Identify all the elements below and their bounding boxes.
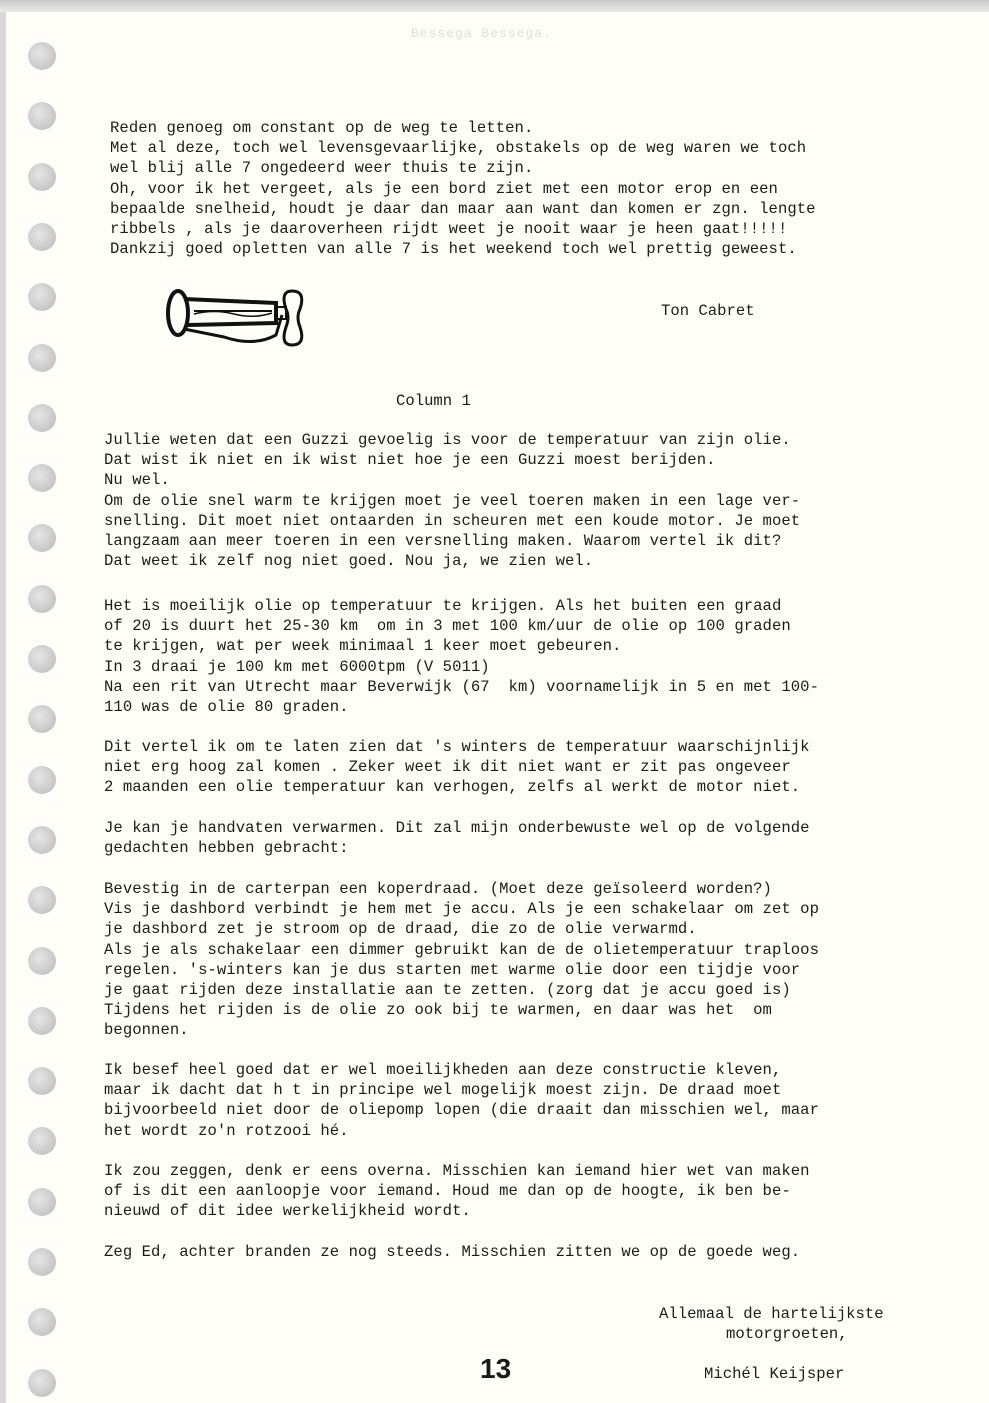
binder-hole <box>28 283 56 311</box>
binder-hole <box>28 163 56 191</box>
binder-hole <box>28 344 56 372</box>
binder-hole <box>28 1188 56 1216</box>
binder-hole <box>28 1007 56 1035</box>
binder-hole <box>28 1127 56 1155</box>
closing-line-2: motorgroeten, <box>726 1325 848 1343</box>
binder-hole <box>28 102 56 130</box>
binder-hole <box>28 42 56 70</box>
document-page: Bessega Bessega. Reden genoeg om constan… <box>6 12 989 1403</box>
binder-hole <box>28 464 56 492</box>
scan-top-edge <box>0 0 989 12</box>
binder-hole <box>28 645 56 673</box>
first-author-signature: Ton Cabret <box>661 302 755 320</box>
binder-hole <box>28 404 56 432</box>
paragraph: Dit vertel ik om te laten zien dat 's wi… <box>104 737 810 798</box>
binder-hole <box>28 223 56 251</box>
page-number: 13 <box>480 1353 511 1385</box>
column-title: Column 1 <box>396 392 471 410</box>
horn-illustration <box>164 285 309 351</box>
binder-hole <box>28 766 56 794</box>
closing-line-1: Allemaal de hartelijkste <box>659 1305 884 1323</box>
binder-hole <box>28 705 56 733</box>
ghost-header: Bessega Bessega. <box>411 26 552 41</box>
binder-hole <box>28 585 56 613</box>
binder-hole <box>28 524 56 552</box>
paragraph: Jullie weten dat een Guzzi gevoelig is v… <box>104 430 800 571</box>
binder-hole <box>28 826 56 854</box>
binder-hole <box>28 947 56 975</box>
binder-hole <box>28 1369 56 1397</box>
paragraph: Ik zou zeggen, denk er eens overna. Miss… <box>104 1161 810 1222</box>
paragraph: Ik besef heel goed dat er wel moeilijkhe… <box>104 1060 819 1141</box>
binder-hole <box>28 1308 56 1336</box>
second-author-signature: Michél Keijsper <box>704 1365 844 1383</box>
paragraph: Je kan je handvaten verwarmen. Dit zal m… <box>104 818 810 858</box>
paragraph: Het is moeilijk olie op temperatuur te k… <box>104 596 819 717</box>
paragraph: Zeg Ed, achter branden ze nog steeds. Mi… <box>104 1242 800 1262</box>
intro-paragraph: Reden genoeg om constant op de weg te le… <box>110 118 816 259</box>
paragraph: Bevestig in de carterpan een koperdraad.… <box>104 879 819 1041</box>
binder-hole <box>28 1067 56 1095</box>
binder-hole <box>28 1248 56 1276</box>
binder-hole <box>28 886 56 914</box>
